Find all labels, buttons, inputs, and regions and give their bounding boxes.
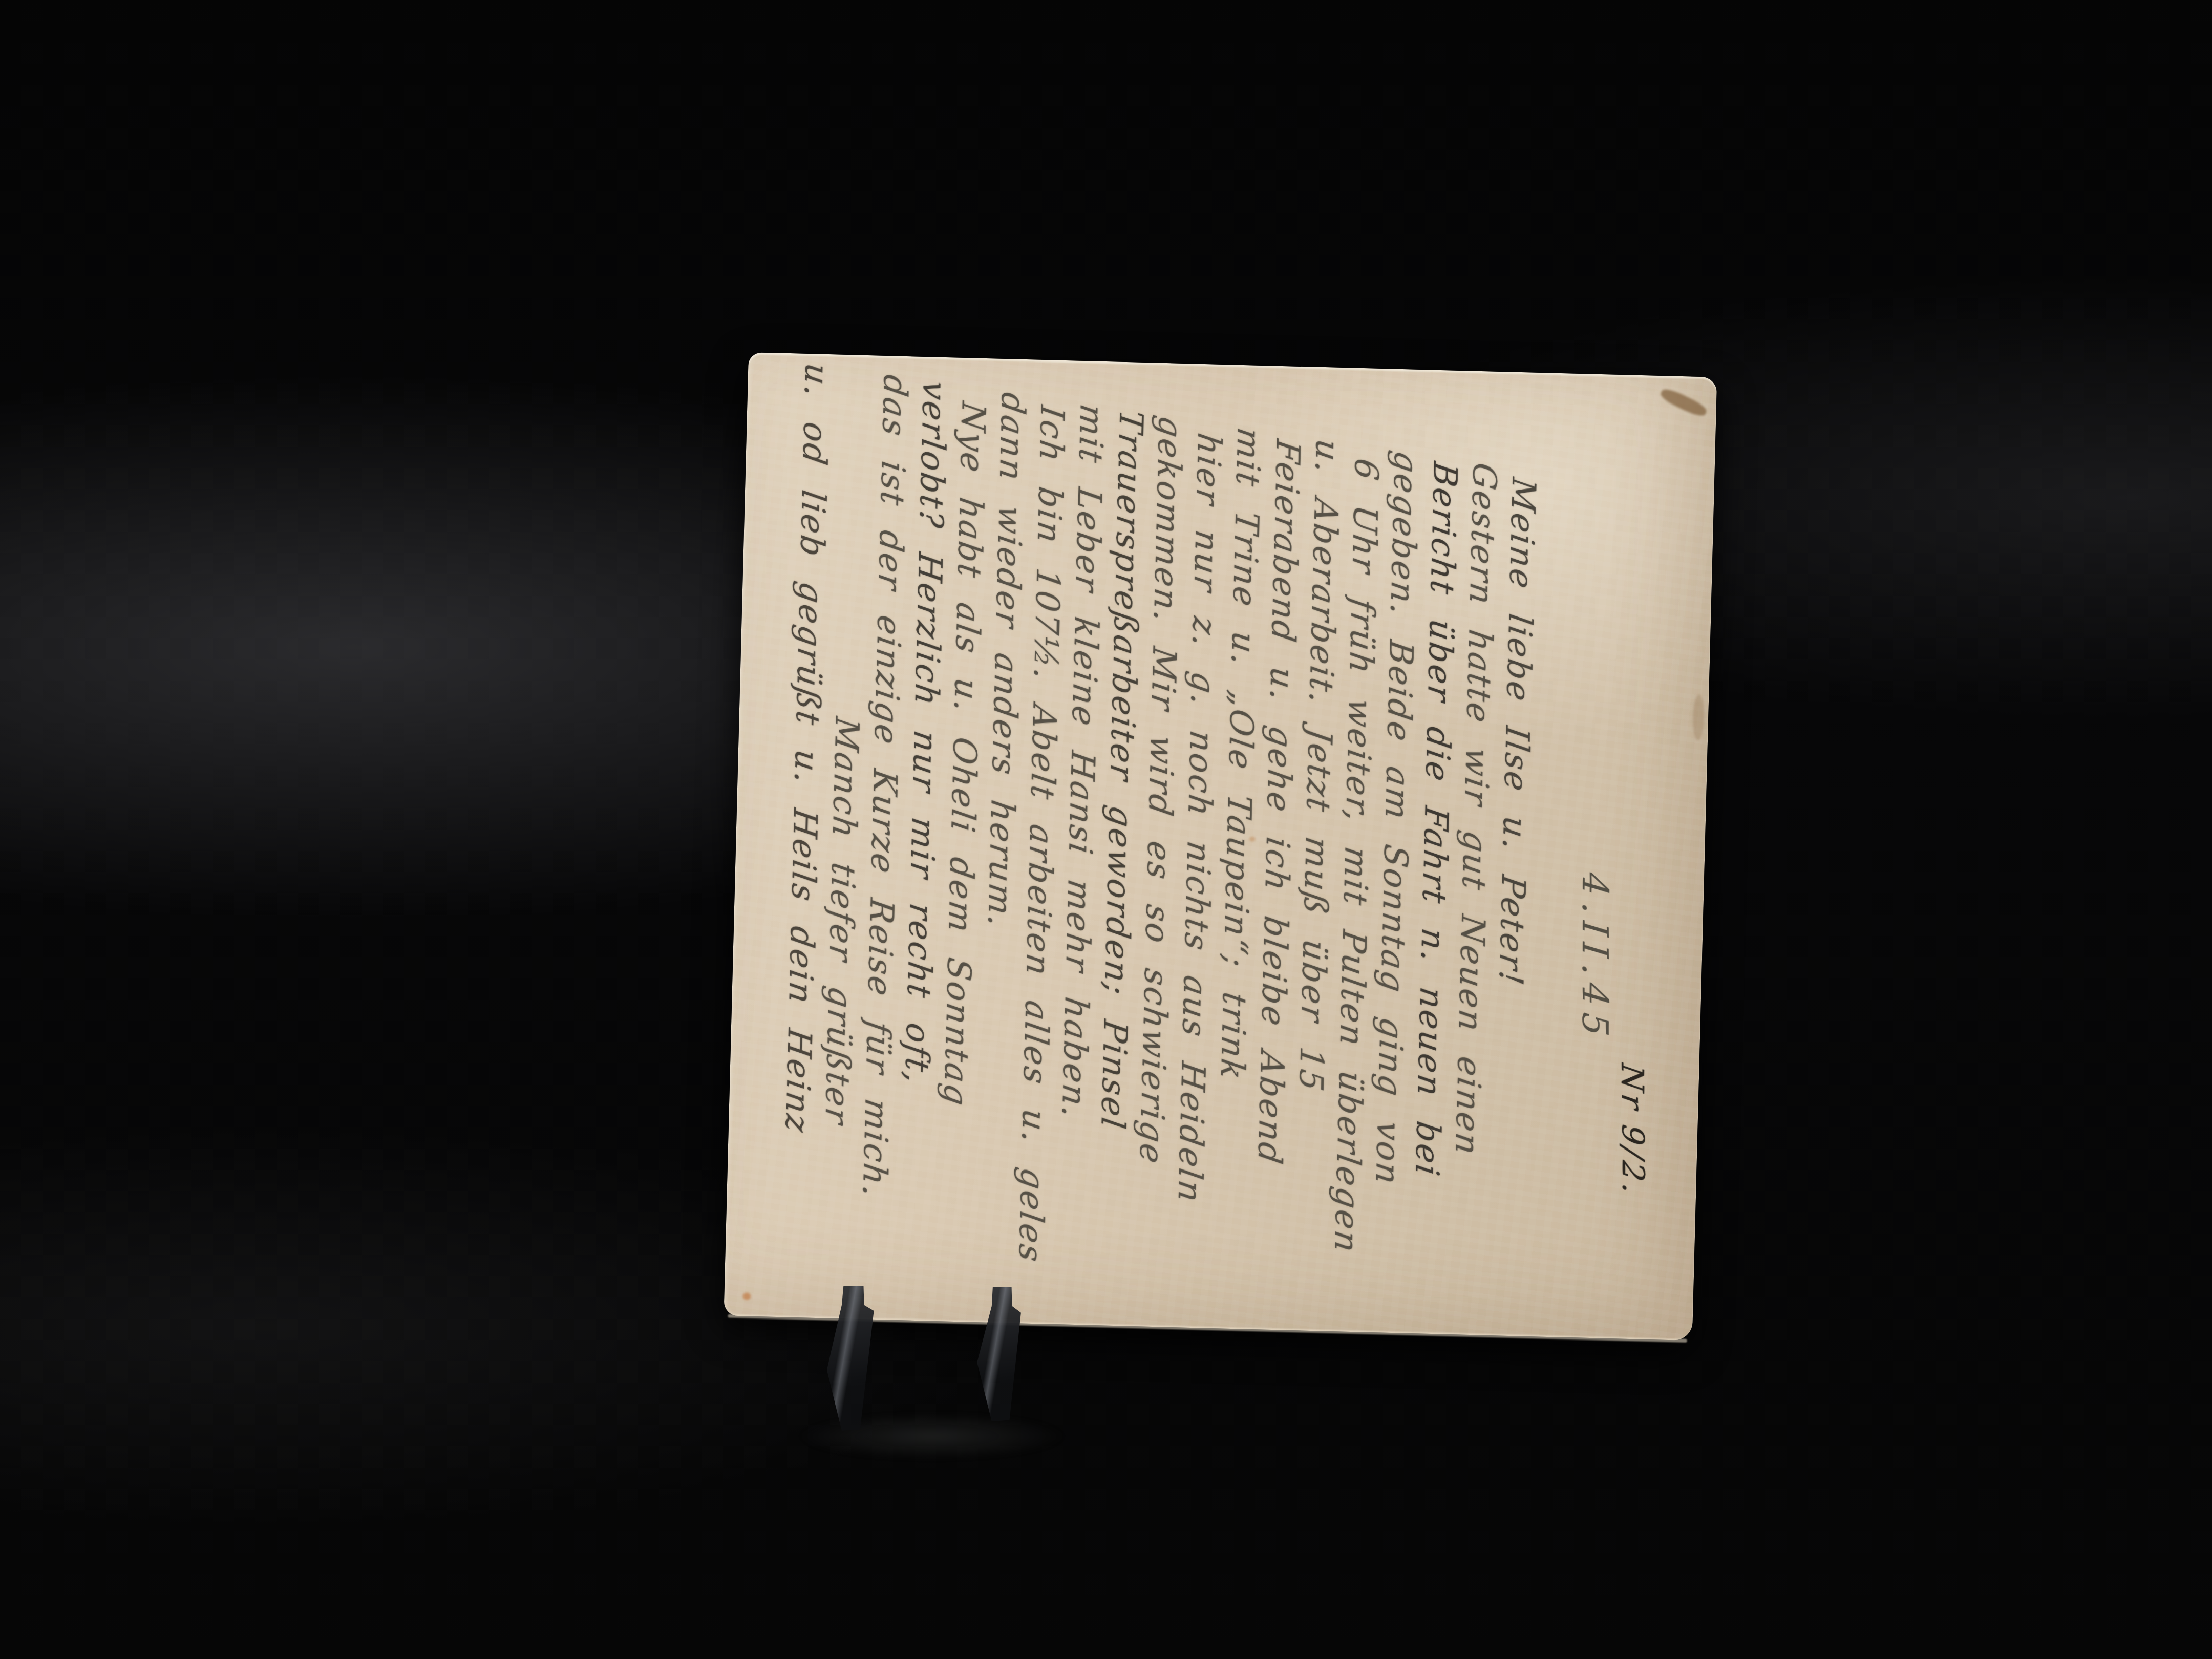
postcard: 4.II.45 Nr 9/2. Meine liebe Ilse u. Pete… — [724, 352, 1717, 1341]
handwriting-lines: Meine liebe Ilse u. Peter!Gestern hatte … — [727, 307, 1695, 1389]
edge-stain — [1692, 694, 1705, 741]
handwritten-letter-block: 4.II.45 Nr 9/2. Meine liebe Ilse u. Pete… — [725, 365, 1696, 1331]
stand-base-glow — [799, 1413, 1065, 1459]
